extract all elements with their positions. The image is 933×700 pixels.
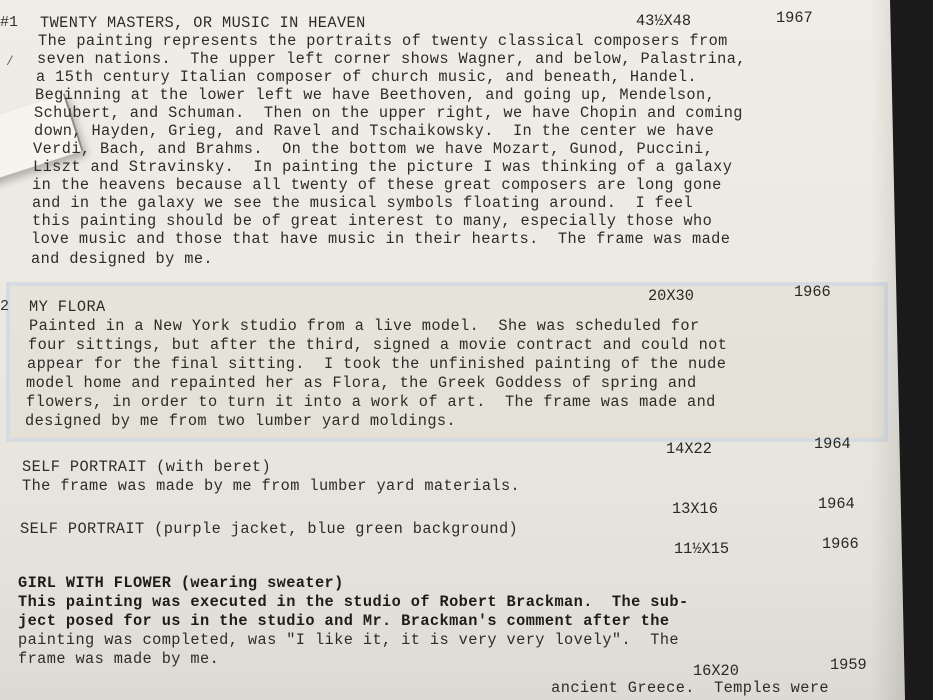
description-line: four sittings, but after the third, sign…	[28, 336, 727, 354]
entry-title: SELF PORTRAIT (with beret)	[22, 458, 271, 476]
description-line: Schubert, and Schuman. Then on the upper…	[34, 104, 743, 122]
description-line: Verdi, Bach, and Brahms. On the bottom w…	[33, 140, 713, 158]
entry-dimensions: 43½X48	[636, 12, 691, 30]
entry-dimensions: 14X22	[666, 440, 712, 458]
entry-year: 1964	[818, 495, 855, 513]
description-line: This painting was executed in the studio…	[18, 593, 689, 611]
entry-year: 1967	[776, 9, 813, 27]
entry-year: 1959	[830, 656, 867, 674]
entry-dimensions: 16X20	[693, 662, 739, 680]
description-line: ject posed for us in the studio and Mr. …	[18, 612, 669, 630]
description-line: The frame was made by me from lumber yar…	[22, 477, 520, 495]
entry-title: TWENTY MASTERS, OR MUSIC IN HEAVEN	[40, 14, 366, 32]
entry-dimensions: 20X30	[648, 287, 694, 305]
entry-title: SELF PORTRAIT (purple jacket, blue green…	[20, 520, 518, 538]
description-line: Liszt and Stravinsky. In painting the pi…	[33, 158, 732, 176]
description-line: and in the galaxy we see the musical sym…	[32, 194, 693, 212]
description-line: designed by me from two lumber yard mold…	[25, 412, 456, 430]
description-line: flowers, in order to turn it into a work…	[26, 393, 716, 411]
entry-dimensions: 11½X15	[674, 540, 729, 558]
description-line: and designed by me.	[31, 250, 213, 268]
description-line: model home and repainted her as Flora, t…	[26, 374, 697, 392]
description-line: in the heavens because all twenty of the…	[32, 176, 722, 194]
margin-mark: /	[6, 54, 14, 69]
entry-year: 1966	[794, 283, 831, 301]
description-line: Beginning at the lower left we have Beet…	[35, 86, 715, 104]
entry-number: #1	[0, 14, 18, 31]
entry-number: 2	[0, 298, 9, 315]
entry-year: 1966	[822, 535, 859, 553]
description-line: Painted in a New York studio from a live…	[29, 317, 700, 335]
entry-title: GIRL WITH FLOWER (wearing sweater)	[18, 574, 344, 592]
description-line: love music and those that have music in …	[31, 230, 730, 248]
description-line: appear for the final sitting. I took the…	[27, 355, 726, 373]
entry-year: 1964	[814, 435, 851, 453]
description-line: ancient Greece. Temples were	[350, 679, 829, 697]
description-line: a 15th century Italian composer of churc…	[36, 68, 697, 86]
description-line: seven nations. The upper left corner sho…	[37, 50, 746, 68]
description-line: this painting should be of great interes…	[32, 212, 712, 230]
description-line: The painting represents the portraits of…	[38, 32, 728, 50]
entry-title: MY FLORA	[29, 298, 106, 316]
description-line: frame was made by me.	[18, 650, 219, 668]
entry-dimensions: 13X16	[672, 500, 718, 518]
catalog-page: #1 / TWENTY MASTERS, OR MUSIC IN HEAVEN …	[0, 0, 905, 700]
description-line: down, Hayden, Grieg, and Ravel and Tscha…	[34, 122, 714, 140]
description-line: painting was completed, was "I like it, …	[18, 631, 679, 649]
